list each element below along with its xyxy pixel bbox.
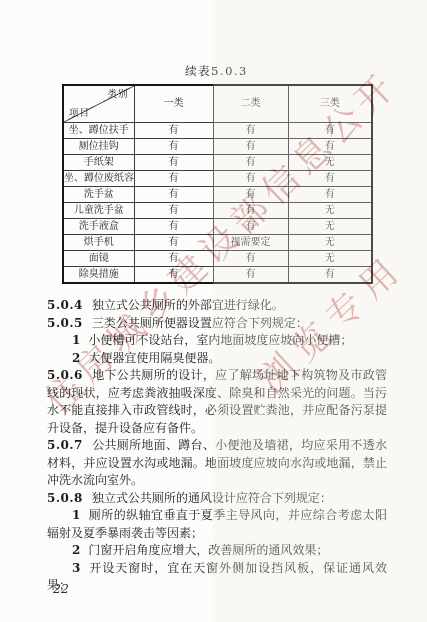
table-row: 坐、蹲位扶手 有 有 有 [63,123,372,139]
column-header-class3: 三类 [288,85,372,123]
clause-text: 三类公共厕所便器设置应符合下列规定： [92,316,308,330]
cell-value: 无 [288,251,372,267]
item-number: 3 [72,561,80,575]
row-label: 坐、蹲位扶手 [63,123,134,139]
corner-category-label: 类别 [107,90,128,100]
column-header-class1: 一类 [134,85,213,123]
corner-item-label: 项目 [69,109,90,119]
clause-text: 独立式公共厕所的外部宜进行绿化。 [92,298,284,312]
cell-value: 有 [134,203,213,219]
cell-value: 有 [213,267,288,284]
table-row: 烘手机 有 视需要定 无 [63,235,372,251]
document-page: 续表5.0.3 类别 项目 一类 二类 三类 坐、蹲位扶手 有 有 有 厕 [0,0,427,622]
cell-value: 有 [213,155,288,171]
cell-value: 视需要定 [213,235,288,251]
cell-value: 有 [213,187,288,203]
item-number: 1 [72,333,80,347]
table-header-row: 类别 项目 一类 二类 三类 [63,85,372,123]
clause-5-0-5-item-1: 1小便槽可不设站台，室内地面坡度应坡向小便槽； [47,332,387,350]
table-row: 洗手盆 有 有 有 [63,187,372,203]
column-header-class2: 二类 [213,85,288,123]
cell-value: 无 [288,235,372,251]
cell-value: 有 [213,171,288,187]
item-number: 1 [72,508,80,522]
row-label: 面镜 [63,251,134,267]
clause-text: 独立式公共厕所的通风设计应符合下列规定： [92,491,332,505]
row-label: 手纸架 [63,155,134,171]
cell-value: 无 [288,219,372,235]
clause-number: 5.0.7 [47,438,83,452]
clause-number: 5.0.8 [47,491,83,505]
cell-value: 有 [134,123,213,139]
clause-text-block: 5.0.4独立式公共厕所的外部宜进行绿化。 5.0.5三类公共厕所便器设置应符合… [47,297,387,595]
table-row: 除臭措施 有 有 有 [63,267,372,284]
cell-value: 有 [134,171,213,187]
cell-value: 有 [288,187,372,203]
row-label: 坐、蹲位废纸容器 [63,171,134,187]
row-label: 儿童洗手盆 [63,203,134,219]
cell-value: 有 [213,139,288,155]
clause-5-0-5: 5.0.5三类公共厕所便器设置应符合下列规定： [47,315,387,333]
table-row: 面镜 有 有 无 [63,251,372,267]
row-label: 烘手机 [63,235,134,251]
cell-value: 有 [213,219,288,235]
cell-value: 有 [213,251,288,267]
cell-value: 有 [213,203,288,219]
clause-number: 5.0.5 [47,316,83,330]
clause-number: 5.0.4 [47,298,83,312]
page-number: 22 [53,581,69,596]
cell-value: 有 [134,251,213,267]
cell-value: 有 [134,187,213,203]
table-row: 儿童洗手盆 有 有 无 [63,203,372,219]
row-label: 洗手盆 [63,187,134,203]
clause-5-0-4: 5.0.4独立式公共厕所的外部宜进行绿化。 [47,297,387,315]
corner-header-cell: 类别 项目 [63,85,134,123]
item-number: 2 [72,543,80,557]
item-text: 厕所的纵轴宜垂直于夏季主导风向，并应综合考虑太阳辐射及夏季暴雨袭击等因素； [47,508,387,540]
table-row: 厕位挂钩 有 有 有 [63,139,372,155]
cell-value: 有 [134,155,213,171]
cell-value: 有 [134,235,213,251]
row-label: 洗手液盒 [63,219,134,235]
clause-5-0-7: 5.0.7公共厕所地面、蹲台、小便池及墙裙，均应采用不透水材料，并应设置水沟或地… [47,437,387,490]
fixtures-table: 类别 项目 一类 二类 三类 坐、蹲位扶手 有 有 有 厕位挂钩 有 有 有 手… [62,84,373,284]
cell-value: 无 [288,155,372,171]
clause-5-0-8-item-3: 3开设天窗时，宜在天窗外侧加设挡风板，保证通风效果； [47,560,387,595]
table-row: 洗手液盒 有 有 无 [63,219,372,235]
item-text: 门窗开启角度应增大，改善厕所的通风效果； [88,543,328,557]
cell-value: 有 [288,267,372,284]
table-row: 手纸架 有 有 无 [63,155,372,171]
item-text: 小便槽可不设站台，室内地面坡度应坡向小便槽； [88,333,352,347]
cell-value: 无 [288,203,372,219]
cell-value: 有 [288,139,372,155]
table-caption: 续表5.0.3 [62,63,371,79]
clause-text: 公共厕所地面、蹲台、小便池及墙裙，均应采用不透水材料，并应设置水沟或地漏。地面坡… [47,438,387,487]
cell-value: 有 [134,139,213,155]
clause-5-0-8-item-2: 2门窗开启角度应增大，改善厕所的通风效果； [47,542,387,560]
table-row: 坐、蹲位废纸容器 有 有 有 [63,171,372,187]
item-number: 2 [72,351,80,365]
cell-value: 有 [288,171,372,187]
cell-value: 有 [213,123,288,139]
item-text: 大便器宜使用隔臭便器。 [88,351,220,365]
clause-5-0-5-item-2: 2大便器宜使用隔臭便器。 [47,350,387,368]
clause-5-0-8-item-1: 1厕所的纵轴宜垂直于夏季主导风向，并应综合考虑太阳辐射及夏季暴雨袭击等因素； [47,507,387,542]
clause-text: 地下公共厕所的设计，应了解场址地下构筑物及市政管线的现状，应考虑粪液抽吸深度、除… [47,368,387,435]
cell-value: 有 [288,123,372,139]
item-text: 开设天窗时，宜在天窗外侧加设挡风板，保证通风效果； [47,561,387,593]
cell-value: 有 [134,219,213,235]
clause-5-0-6: 5.0.6地下公共厕所的设计，应了解场址地下构筑物及市政管线的现状，应考虑粪液抽… [47,367,387,437]
cell-value: 有 [134,267,213,284]
clause-number: 5.0.6 [47,368,83,382]
row-label: 除臭措施 [63,267,134,284]
row-label: 厕位挂钩 [63,139,134,155]
clause-5-0-8: 5.0.8独立式公共厕所的通风设计应符合下列规定： [47,490,387,508]
